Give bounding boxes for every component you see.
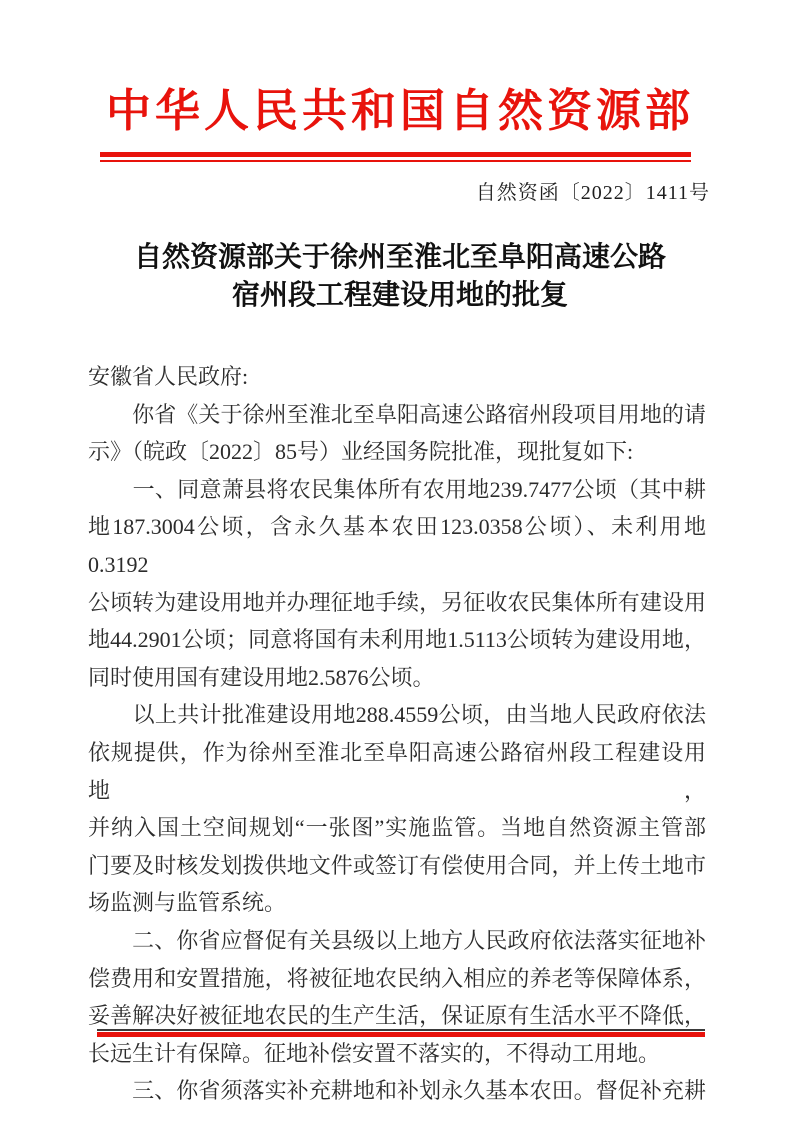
body-line: 并纳入国土空间规划“一张图”实施监管。当地自然资源主管部 <box>88 809 706 847</box>
footer-rule-dark <box>97 1029 705 1031</box>
body-line: 偿费用和安置措施，将被征地农民纳入相应的养老等保障体系， <box>88 960 706 998</box>
body-line: 三、你省须落实补充耕地和补划永久基本农田。督促补充耕 <box>88 1072 706 1110</box>
body-line: 地187.3004公顷，含永久基本农田123.0358公顷）、未利用地0.319… <box>88 508 706 583</box>
body-line: 一、同意萧县将农民集体所有农用地239.7477公顷（其中耕 <box>88 471 706 509</box>
body-line: 长远生计有保障。征地补偿安置不落实的，不得动工用地。 <box>88 1035 706 1073</box>
document-title: 自然资源部关于徐州至淮北至阜阳高速公路 宿州段工程建设用地的批复 <box>0 239 800 315</box>
body-line: 二、你省应督促有关县级以上地方人民政府依法落实征地补 <box>88 922 706 960</box>
document-body: 安徽省人民政府: 你省《关于徐州至淮北至阜阳高速公路宿州段项目用地的请示》（皖政… <box>88 358 706 1110</box>
footer-rule <box>97 1029 705 1037</box>
header-double-rule <box>100 152 691 162</box>
header-rule-thin <box>100 160 691 162</box>
body-line: 场监测与监管系统。 <box>88 884 706 922</box>
body-line: 以上共计批准建设用地288.4559公顷，由当地人民政府依法 <box>88 696 706 734</box>
body-line: 你省《关于徐州至淮北至阜阳高速公路宿州段项目用地的请 <box>88 396 706 434</box>
body-line: 公顷转为建设用地并办理征地手续，另征收农民集体所有建设用 <box>88 584 706 622</box>
agency-name: 中华人民共和国自然资源部 <box>0 86 800 136</box>
document-title-line-2: 宿州段工程建设用地的批复 <box>0 277 800 315</box>
footer-rule-red <box>97 1032 705 1037</box>
document-number: 自然资函〔2022〕1411号 <box>476 176 710 205</box>
body-line: 同时使用国有建设用地2.5876公顷。 <box>88 659 706 697</box>
body-line: 示》（皖政〔2022〕85号）业经国务院批准，现批复如下: <box>88 433 706 471</box>
body-line: 安徽省人民政府: <box>88 358 706 396</box>
document-page: 中华人民共和国自然资源部 自然资函〔2022〕1411号 自然资源部关于徐州至淮… <box>0 0 800 1131</box>
header-rule-thick <box>100 152 691 157</box>
document-title-line-1: 自然资源部关于徐州至淮北至阜阳高速公路 <box>0 239 800 277</box>
body-line: 门要及时核发划拨供地文件或签订有偿使用合同，并上传土地市 <box>88 847 706 885</box>
body-line: 地44.2901公顷；同意将国有未利用地1.5113公顷转为建设用地， <box>88 621 706 659</box>
body-line: 依规提供，作为徐州至淮北至阜阳高速公路宿州段工程建设用地， <box>88 734 706 809</box>
